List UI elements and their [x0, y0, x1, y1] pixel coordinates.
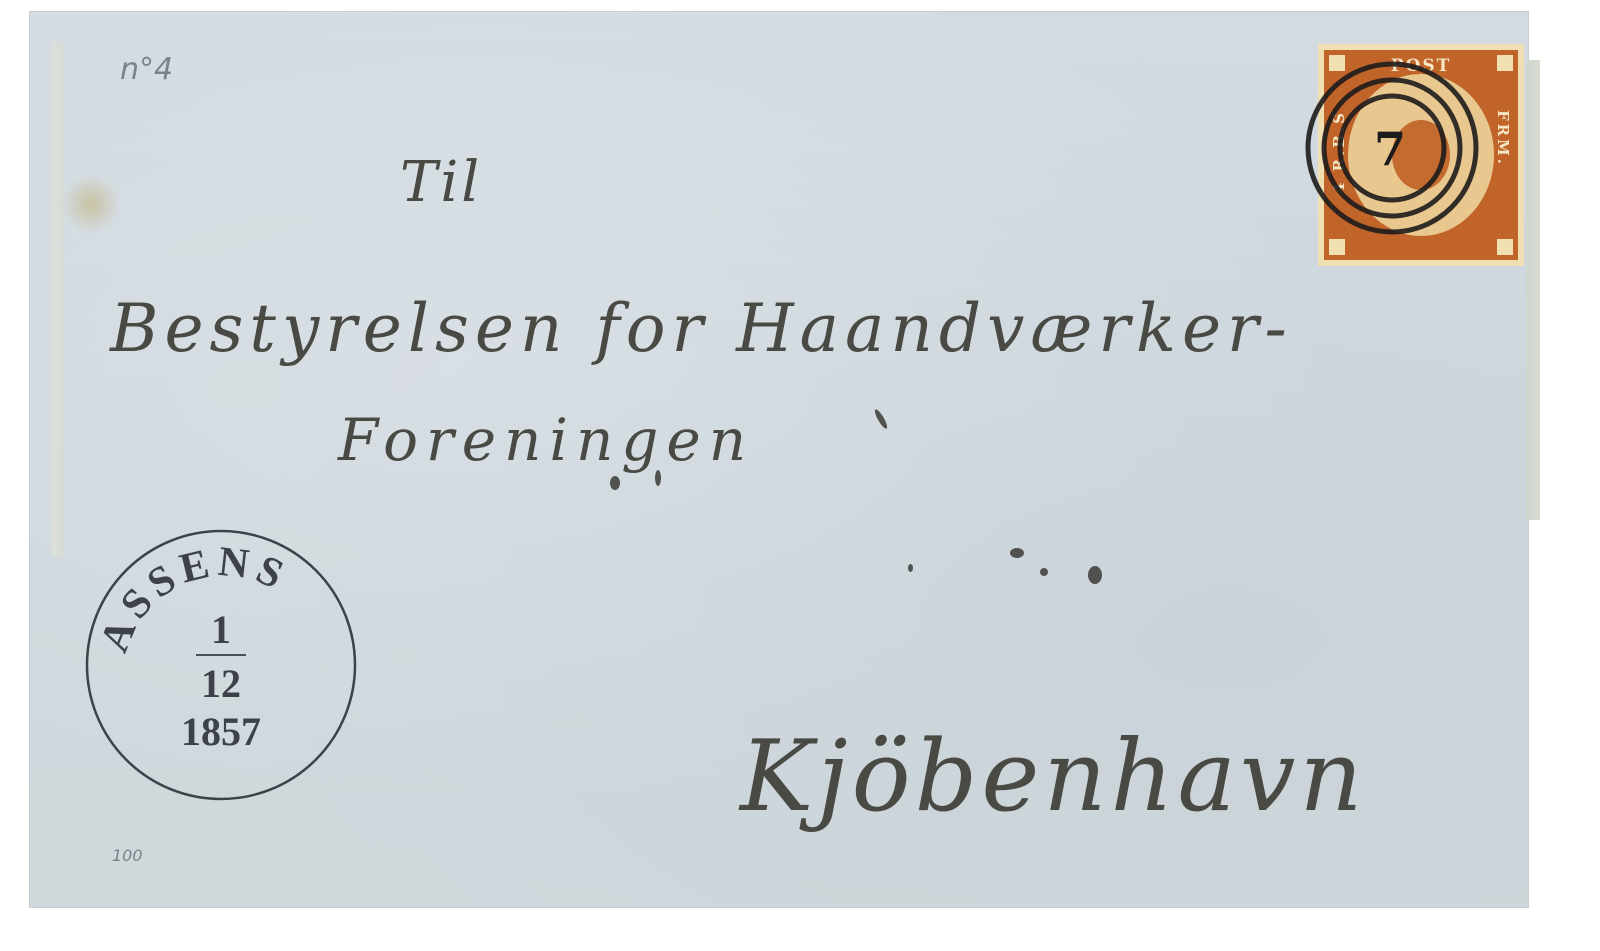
paper-stain	[62, 174, 120, 234]
datestamp-month: 12	[84, 660, 358, 707]
ink-blot	[908, 564, 913, 572]
paper-fold-right	[1526, 60, 1540, 520]
address-line-2: Foreningen	[338, 406, 754, 474]
stamp-corner-ornament	[1328, 238, 1346, 256]
ink-blot	[610, 476, 620, 490]
datestamp-year: 1857	[84, 708, 358, 755]
address-line-1: Bestyrelsen for Haandværker-	[110, 290, 1293, 367]
address-salutation: Til	[400, 150, 482, 215]
address-city: Kjöbenhavn	[740, 720, 1366, 834]
town-datestamp: ASSENS 1 12 1857	[84, 528, 358, 802]
ink-blot	[655, 470, 661, 486]
cancel-number: 7	[1370, 122, 1410, 176]
datestamp-day: 1	[84, 606, 358, 653]
pencil-note-price: 100	[112, 846, 143, 865]
ink-blot	[1010, 548, 1024, 558]
datestamp-divider	[196, 654, 246, 656]
stamp-corner-ornament	[1496, 238, 1514, 256]
ink-blot	[1040, 568, 1048, 576]
stamp-label-right: FRM.	[1494, 110, 1512, 167]
pencil-note-number: n°4	[120, 52, 173, 87]
paper-fold-left	[52, 42, 64, 557]
ink-blot	[1088, 566, 1102, 584]
